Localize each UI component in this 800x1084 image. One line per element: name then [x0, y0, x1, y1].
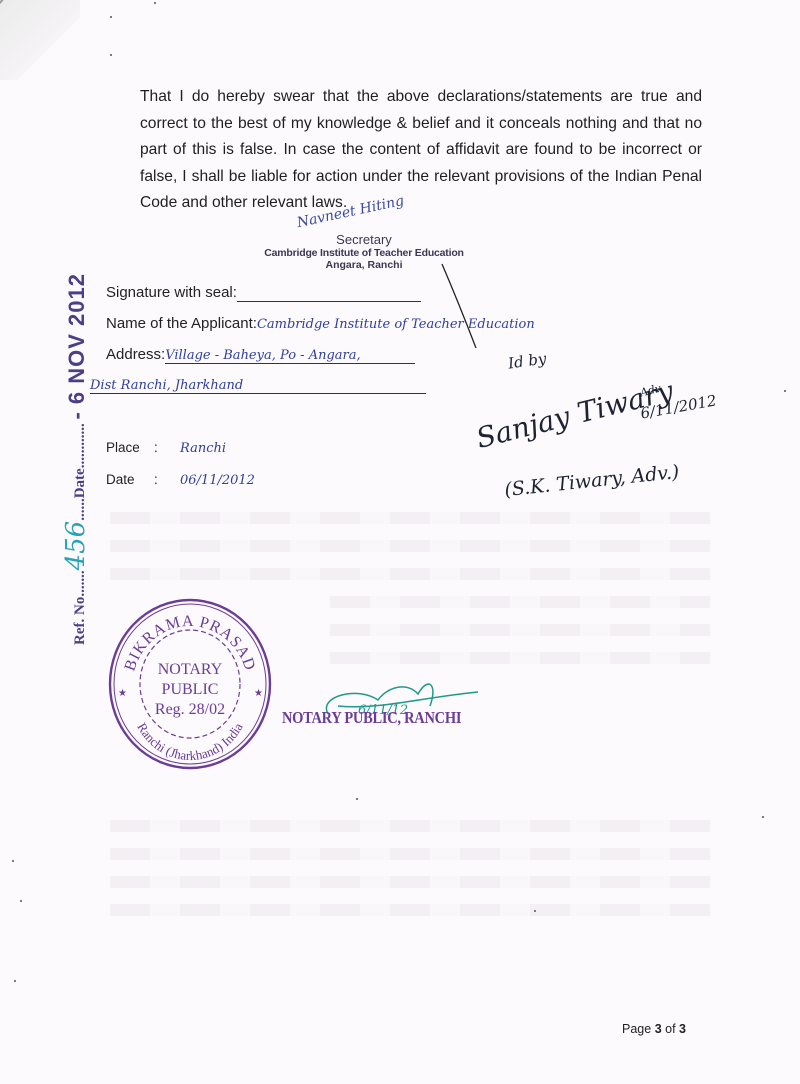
page-current: 3 [655, 1022, 662, 1036]
declaration-paragraph: That I do hereby swear that the above de… [140, 84, 702, 217]
address-line2-field: Dist Ranchi, Jharkhand [90, 378, 426, 394]
pen-stroke [440, 262, 480, 352]
seal-line2: PUBLIC [162, 681, 219, 698]
scan-speck [784, 390, 786, 392]
scan-speck [154, 2, 156, 4]
place-row: Place:Ranchi [106, 440, 226, 456]
bleed-through [110, 540, 710, 552]
bleed-through [330, 596, 710, 608]
place-label: Place [106, 440, 154, 455]
bleed-through [110, 904, 710, 916]
identified-by-text: Id by [507, 349, 548, 372]
secretary-title: Secretary [264, 232, 464, 247]
bleed-through [110, 820, 710, 832]
scan-speck [356, 798, 358, 800]
ref-label: Ref. No. [72, 593, 88, 645]
seal-line1: NOTARY [158, 661, 223, 678]
applicant-label: Name of the Applicant: [106, 315, 257, 332]
signature-row: Signature with seal: [106, 284, 421, 302]
place-value: Ranchi [180, 441, 226, 456]
scan-speck [20, 900, 22, 902]
address-row: Address:Village - Baheya, Po - Angara, [106, 346, 415, 364]
page-fold-corner [0, 0, 80, 80]
address-label: Address: [106, 346, 165, 363]
scan-speck [12, 860, 14, 862]
institution-location: Angara, Ranchi [264, 259, 464, 271]
address-line1-field: Village - Baheya, Po - Angara, [165, 348, 415, 364]
scan-speck [762, 816, 764, 818]
applicant-field: Cambridge Institute of Teacher Education [257, 317, 573, 332]
page-total: 3 [679, 1022, 686, 1036]
star-icon: ★ [118, 688, 127, 699]
star-icon: ★ [254, 688, 263, 699]
scan-speck [110, 54, 112, 56]
notary-public-label: NOTARY PUBLIC, RANCHI [282, 708, 461, 728]
page-number: Page 3 of 3 [622, 1022, 686, 1036]
scan-speck [534, 910, 536, 912]
signature-label: Signature with seal: [106, 284, 237, 301]
bleed-through [330, 624, 710, 636]
bleed-through [110, 512, 710, 524]
ref-date-value: - 6 NOV 2012 [64, 273, 89, 420]
scan-speck [14, 980, 16, 982]
seal-line3: Reg. 28/02 [155, 701, 225, 718]
bleed-through [110, 568, 710, 580]
bleed-through [110, 876, 710, 888]
applicant-row: Name of the Applicant:Cambridge Institut… [106, 315, 573, 332]
secretary-stamp: Secretary Cambridge Institute of Teacher… [264, 232, 464, 271]
date-row: Date:06/11/2012 [106, 472, 255, 488]
date-label: Date [106, 472, 154, 487]
signature-field [237, 284, 421, 302]
scan-speck [110, 16, 112, 18]
notary-seal: BIKRAMA PRASAD Ranchi (Jharkhand) India … [106, 596, 274, 772]
advocate-name: (S.K. Tiwary, Adv.) [503, 461, 680, 501]
bleed-through [330, 652, 710, 664]
ref-number: 456 [61, 521, 91, 571]
date-value: 06/11/2012 [180, 473, 255, 488]
address-row-2: Dist Ranchi, Jharkhand [90, 376, 426, 394]
ref-date-label: Date [72, 468, 88, 498]
reference-stamp: Ref. No.......456......Date............ … [46, 270, 86, 650]
bleed-through [110, 848, 710, 860]
institution-name: Cambridge Institute of Teacher Education [264, 247, 464, 259]
